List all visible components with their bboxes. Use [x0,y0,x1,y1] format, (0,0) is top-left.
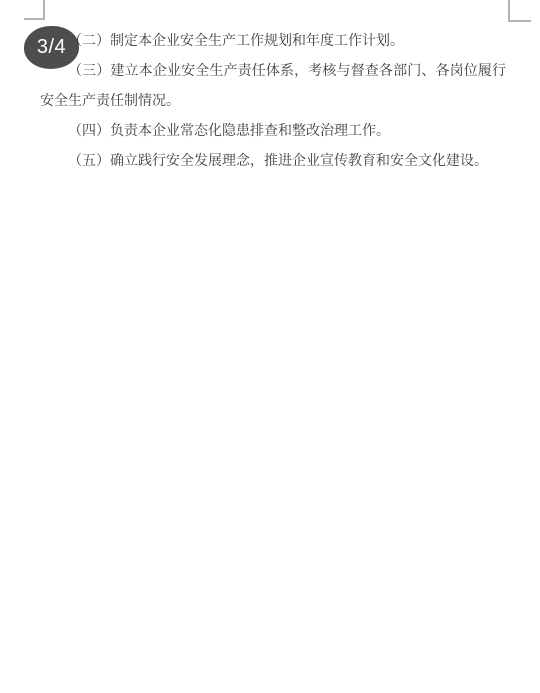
paragraph: （五）确立践行安全发展理念，推进企业宣传教育和安全文化建设。 [40,145,506,175]
document-page: 3/4 （二）制定本企业安全生产工作规划和年度工作计划。 （三）建立本企业安全生… [0,0,540,693]
paragraph: （三）建立本企业安全生产责任体系，考核与督查各部门、各岗位履行安全生产责任制情况… [40,55,506,115]
paragraph: （四）负责本企业常态化隐患排查和整改治理工作。 [40,115,506,145]
paragraph: （二）制定本企业安全生产工作规划和年度工作计划。 [40,25,506,55]
document-body: （二）制定本企业安全生产工作规划和年度工作计划。 （三）建立本企业安全生产责任体… [40,25,506,175]
crop-corner-top-right-icon [508,0,531,22]
crop-corner-top-left-icon [24,0,45,20]
